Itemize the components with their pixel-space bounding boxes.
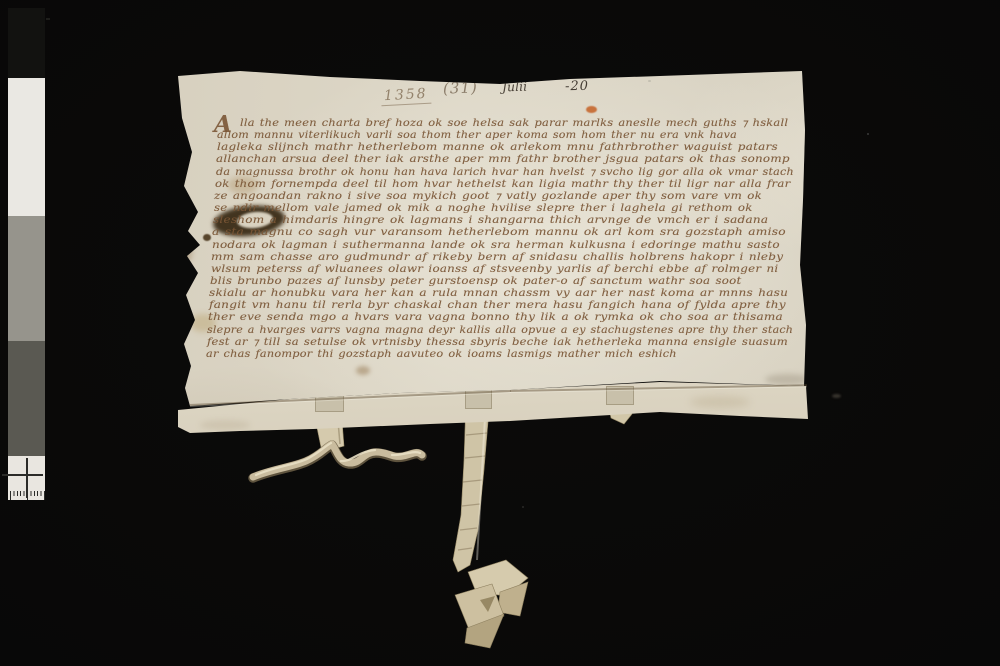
stain [200, 420, 250, 430]
dust-speck [867, 133, 869, 135]
text-line: lla the meen charta bref hoza ok soe hel… [240, 118, 788, 129]
text-line: ok thom fornempda deel til hom hvar heth… [215, 179, 790, 190]
text-line: ther eve senda mgo a hvars vara vagna bo… [208, 312, 783, 323]
text-line: wlsum peterss af wluanees olawr ioanss a… [211, 264, 778, 275]
text-line: allom mannu viterlikuch varli soa thom t… [217, 130, 737, 141]
text-line: da magnussa brothr ok honu han hava lari… [216, 167, 794, 178]
text-line: blis brunbo pazes af lunsby peter gursto… [210, 276, 741, 287]
dust-speck [522, 506, 524, 508]
text-line: mm sam chasse aro gudmundr af rikeby ber… [211, 252, 783, 263]
text-line: ar chas fanompor thi gozstaph aavuteo ok… [206, 349, 677, 360]
dust-speck [648, 80, 651, 82]
text-line: se ndir mellom vale jamed ok mik a noghe… [214, 203, 753, 214]
text-line: allanchan arsua deel ther iak arsthe ape… [216, 154, 790, 165]
dust-speck [832, 394, 841, 398]
text-line: a sta magnu co sagh vur varansom hetherl… [212, 227, 786, 238]
center-tag-folded-end [455, 560, 528, 648]
text-line: fest ar ⁊ till sa setulse ok vrtnisby th… [207, 337, 788, 348]
text-line: ze angoandan rakno i sive soa mykich goo… [214, 191, 762, 202]
text-line: slepre a hvarges varrs vagna magna deyr … [207, 325, 793, 336]
text-line: lagleka slijnch mathr hetherlebom manne … [217, 142, 778, 153]
photo-stage: 1358 (31) Julii -20 A lla the meen chart… [0, 0, 1000, 666]
text-line: fangit vm hanu til rerla byr chaskal cha… [209, 300, 786, 311]
text-line: skialu ar honubku vara her kan a rula mn… [209, 288, 788, 299]
text-line: nodara ok lagman i suthermanna lande ok … [212, 240, 780, 251]
stain [690, 396, 750, 408]
text-line: sleshom a himdaris hingre ok lagmans i s… [213, 215, 768, 226]
